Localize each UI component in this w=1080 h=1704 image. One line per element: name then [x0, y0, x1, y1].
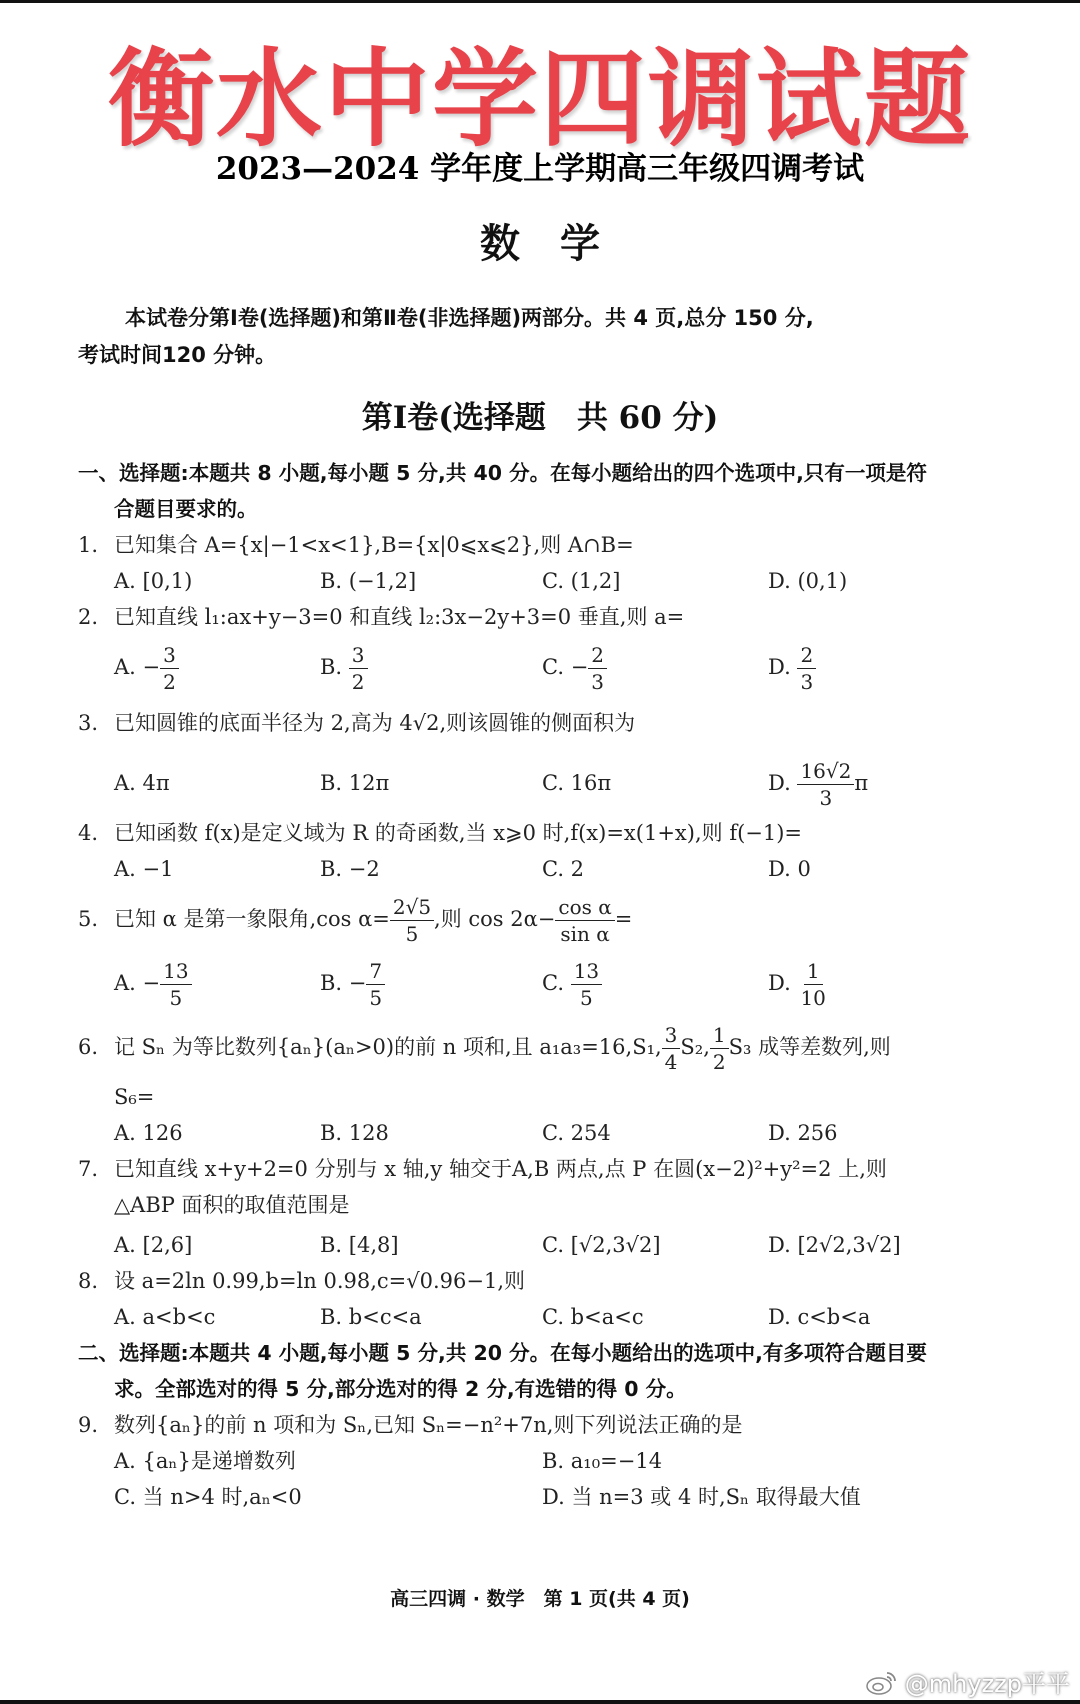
option-b: B. b<c<a — [320, 1299, 422, 1335]
options: A. 4π B. 12π C. 16π D. 16√23π — [114, 751, 1038, 815]
option-b: B. 12π — [320, 751, 389, 815]
option-b: B. a₁₀=−14 — [542, 1443, 662, 1479]
options: A. a<b<c B. b<c<a C. b<a<c D. c<b<a — [114, 1299, 1038, 1335]
option-b: B. (−1,2] — [320, 563, 416, 599]
option-a: A. 126 — [114, 1115, 183, 1151]
question-number: 9. — [78, 1407, 114, 1443]
question-5: 5.已知 α 是第一象限角,cos α=2√55,则 cos 2α−cos αs… — [78, 887, 1038, 1015]
question-stem: 数列{aₙ}的前 n 项和为 Sₙ,已知 Sₙ=−n²+7n,则下列说法正确的是 — [114, 1413, 742, 1437]
questions-content: 一、选择题:本题共 8 小题,每小题 5 分,共 40 分。在每小题给出的四个选… — [78, 455, 1038, 1515]
subject-title: 数学 — [0, 212, 1080, 269]
option-a: A. −32 — [114, 635, 179, 699]
part2-heading: 二、选择题:本题共 4 小题,每小题 5 分,共 20 分。在每小题给出的选项中… — [78, 1335, 1038, 1407]
option-d: D. [2√2,3√2] — [768, 1227, 901, 1263]
question-stem: 已知函数 f(x)是定义域为 R 的奇函数,当 x⩾0 时,f(x)=x(1+x… — [114, 821, 802, 845]
option-a: A. [0,1) — [114, 563, 192, 599]
options-row-1: A. {aₙ}是递增数列 B. a₁₀=−14 — [114, 1443, 1038, 1479]
option-c: C. 当 n>4 时,aₙ<0 — [114, 1479, 302, 1515]
option-c: C. 135 — [542, 951, 602, 1015]
question-number: 1. — [78, 527, 114, 563]
intro-line-1: 本试卷分第Ⅰ卷(选择题)和第Ⅱ卷(非选择题)两部分。共 4 页,总分 150 分… — [78, 300, 1028, 337]
option-c: C. 2 — [542, 851, 584, 887]
part1-heading: 一、选择题:本题共 8 小题,每小题 5 分,共 40 分。在每小题给出的四个选… — [78, 455, 1038, 527]
question-2: 2.已知直线 l₁:ax+y−3=0 和直线 l₂:3x−2y+3=0 垂直,则… — [78, 599, 1038, 699]
question-number: 3. — [78, 705, 114, 741]
option-b: B. −2 — [320, 851, 380, 887]
options: A. [0,1) B. (−1,2] C. (1,2] D. (0,1) — [114, 563, 1038, 599]
option-c: C. b<a<c — [542, 1299, 644, 1335]
options-row-2: C. 当 n>4 时,aₙ<0 D. 当 n=3 或 4 时,Sₙ 取得最大值 — [114, 1479, 1038, 1515]
question-8: 8.设 a=2ln 0.99,b=ln 0.98,c=√0.96−1,则 A. … — [78, 1263, 1038, 1335]
watermark-text: @mhyzzp平平 — [905, 1664, 1070, 1699]
question-stem: 已知圆锥的底面半径为 2,高为 4√2,则该圆锥的侧面积为 — [114, 711, 635, 735]
page-footer: 高三四调 · 数学 第 1 页(共 4 页) — [0, 1584, 1080, 1611]
bottom-border — [0, 1700, 1080, 1704]
question-number: 4. — [78, 815, 114, 851]
question-stem: 已知直线 l₁:ax+y−3=0 和直线 l₂:3x−2y+3=0 垂直,则 a… — [114, 605, 684, 629]
part2-heading-line1: 二、选择题:本题共 4 小题,每小题 5 分,共 20 分。在每小题给出的选项中… — [78, 1341, 927, 1365]
option-b: B. 32 — [320, 635, 368, 699]
question-stem: 设 a=2ln 0.99,b=ln 0.98,c=√0.96−1,则 — [114, 1269, 525, 1293]
option-c: C. 254 — [542, 1115, 611, 1151]
question-6: 6.记 Sₙ 为等比数列{aₙ}(aₙ>0)的前 n 项和,且 a₁a₃=16,… — [78, 1015, 1038, 1151]
exam-title: 2023—2024 学年度上学期高三年级四调考试 — [0, 143, 1080, 188]
banner-title: 衡水中学四调试题 — [0, 40, 1080, 160]
option-c: C. (1,2] — [542, 563, 620, 599]
option-a: A. [2,6] — [114, 1227, 192, 1263]
question-7: 7.已知直线 x+y+2=0 分别与 x 轴,y 轴交于A,B 两点,点 P 在… — [78, 1151, 1038, 1263]
section-title: 第Ⅰ卷(选择题 共 60 分) — [0, 392, 1080, 437]
options: A. −135 B. −75 C. 135 D. 110 — [114, 951, 1038, 1015]
option-d: D. 当 n=3 或 4 时,Sₙ 取得最大值 — [542, 1479, 861, 1515]
question-stem: 已知 α 是第一象限角,cos α=2√55,则 cos 2α−cos αsin… — [114, 907, 632, 931]
option-a: A. {aₙ}是递增数列 — [114, 1443, 296, 1479]
option-b: B. 128 — [320, 1115, 389, 1151]
option-d: D. 256 — [768, 1115, 838, 1151]
option-a: A. −135 — [114, 951, 192, 1015]
option-a: A. 4π — [114, 751, 170, 815]
part2-heading-line2: 求。全部选对的得 5 分,部分选对的得 2 分,有选错的得 0 分。 — [78, 1371, 1038, 1407]
option-d: D. c<b<a — [768, 1299, 870, 1335]
question-number: 5. — [78, 887, 114, 951]
question-4: 4.已知函数 f(x)是定义域为 R 的奇函数,当 x⩾0 时,f(x)=x(1… — [78, 815, 1038, 887]
intro-line-2: 考试时间120 分钟。 — [78, 337, 1028, 374]
part1-heading-line2: 合题目要求的。 — [78, 491, 1038, 527]
question-number: 8. — [78, 1263, 114, 1299]
exam-intro: 本试卷分第Ⅰ卷(选择题)和第Ⅱ卷(非选择题)两部分。共 4 页,总分 150 分… — [78, 300, 1028, 374]
question-1: 1.已知集合 A={x|−1<x<1},B={x|0⩽x⩽2},则 A∩B= A… — [78, 527, 1038, 599]
options: A. 126 B. 128 C. 254 D. 256 — [114, 1115, 1038, 1151]
question-stem-line2: S₆= — [114, 1085, 154, 1109]
question-stem: 已知集合 A={x|−1<x<1},B={x|0⩽x⩽2},则 A∩B= — [114, 533, 634, 557]
question-number: 7. — [78, 1151, 114, 1187]
option-d: D. (0,1) — [768, 563, 847, 599]
question-number: 6. — [78, 1015, 114, 1079]
question-number: 2. — [78, 599, 114, 635]
question-stem-line2: △ABP 面积的取值范围是 — [114, 1193, 350, 1217]
option-d: D. 16√23π — [768, 751, 868, 815]
option-c: C. −23 — [542, 635, 607, 699]
option-a: A. a<b<c — [114, 1299, 215, 1335]
question-9: 9.数列{aₙ}的前 n 项和为 Sₙ,已知 Sₙ=−n²+7n,则下列说法正确… — [78, 1407, 1038, 1515]
part1-heading-line1: 一、选择题:本题共 8 小题,每小题 5 分,共 40 分。在每小题给出的四个选… — [78, 461, 927, 485]
option-b: B. −75 — [320, 951, 385, 1015]
question-stem: 记 Sₙ 为等比数列{aₙ}(aₙ>0)的前 n 项和,且 a₁a₃=16,S₁… — [114, 1035, 891, 1059]
options: A. −32 B. 32 C. −23 D. 23 — [114, 635, 1038, 699]
option-d: D. 23 — [768, 635, 816, 699]
options: A. −1 B. −2 C. 2 D. 0 — [114, 851, 1038, 887]
option-b: B. [4,8] — [320, 1227, 399, 1263]
options: A. [2,6] B. [4,8] C. [√2,3√2] D. [2√2,3√… — [114, 1227, 1038, 1263]
option-d: D. 0 — [768, 851, 811, 887]
watermark: @mhyzzp平平 — [865, 1664, 1070, 1699]
question-3: 3.已知圆锥的底面半径为 2,高为 4√2,则该圆锥的侧面积为 A. 4π B.… — [78, 705, 1038, 815]
option-a: A. −1 — [114, 851, 173, 887]
top-border — [0, 0, 1080, 3]
weibo-icon — [865, 1668, 899, 1696]
question-stem: 已知直线 x+y+2=0 分别与 x 轴,y 轴交于A,B 两点,点 P 在圆(… — [114, 1157, 887, 1181]
option-d: D. 110 — [768, 951, 829, 1015]
option-c: C. 16π — [542, 751, 611, 815]
option-c: C. [√2,3√2] — [542, 1227, 661, 1263]
